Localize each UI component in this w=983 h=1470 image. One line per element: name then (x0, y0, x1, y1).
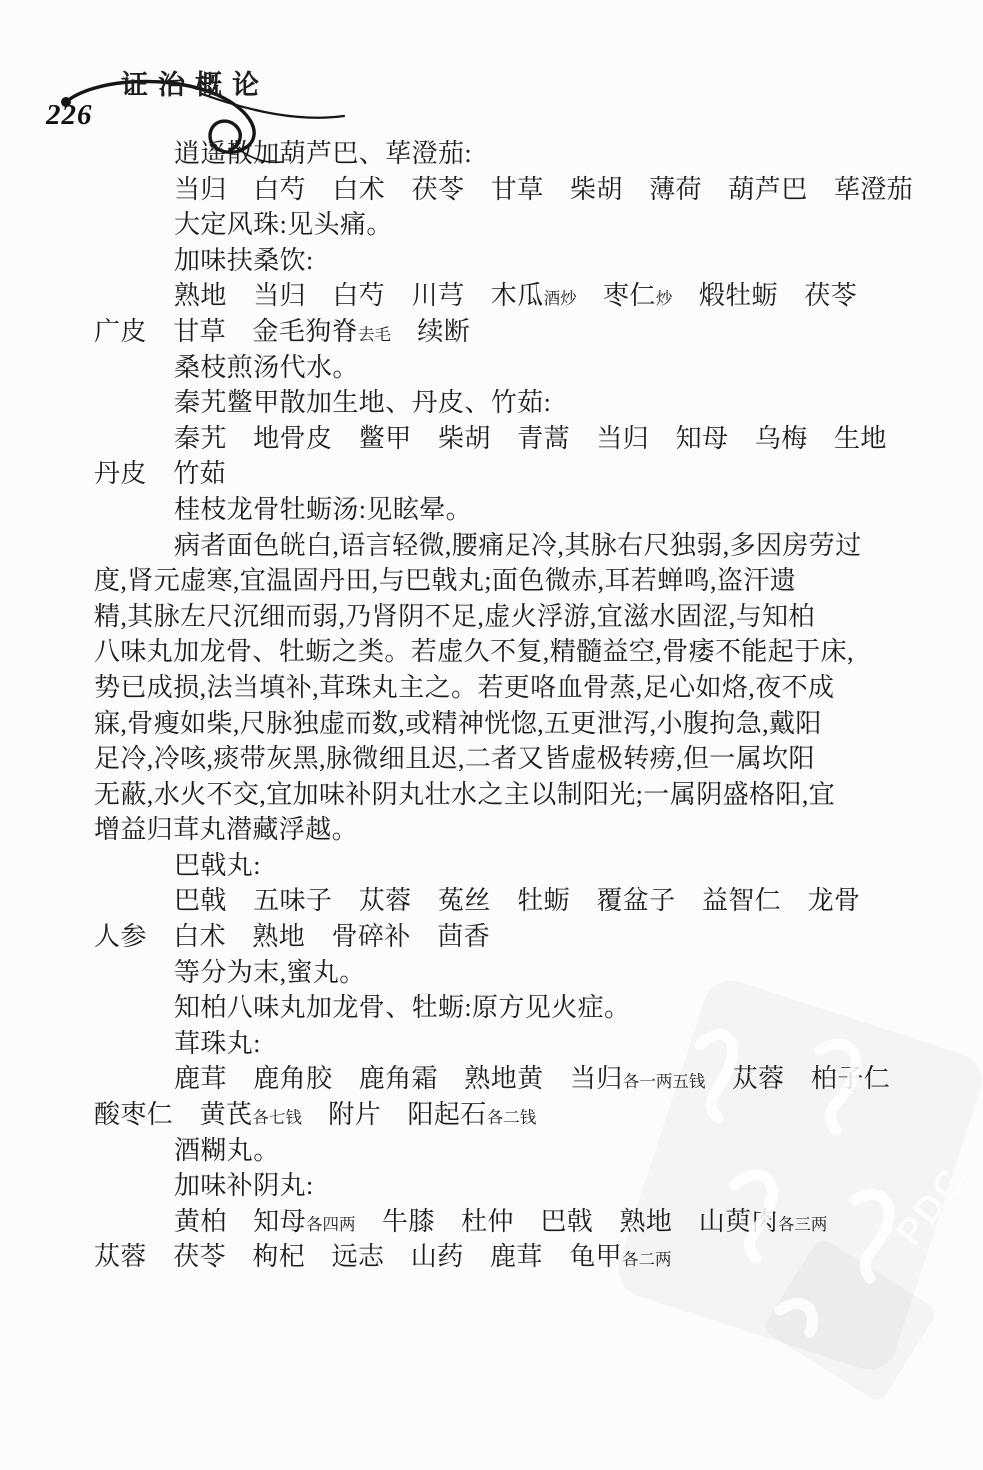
text-segment: 苁蓉 茯苓 枸杞 远志 山药 鹿茸 龟甲 (94, 1242, 622, 1271)
text-segment: 知柏八味丸加龙骨、牡蛎:原方见火症。 (174, 993, 630, 1022)
text-segment: 熟地 当归 白芍 川芎 木瓜 (174, 281, 544, 310)
text-segment: 广皮 甘草 金毛狗脊 (94, 317, 358, 346)
text-line: 鹿茸 鹿角胶 鹿角霜 熟地黄 当归各一两五钱 苁蓉 柏子仁 (94, 1061, 934, 1097)
text-line: 苁蓉 茯苓 枸杞 远志 山药 鹿茸 龟甲各二两 (94, 1239, 934, 1275)
page-number: 226 (46, 99, 93, 132)
text-line: 加味扶桑饮: (94, 243, 934, 279)
text-segment: 势已成损,法当填补,茸珠丸主之。若更咯血骨蒸,足心如烙,夜不成 (94, 673, 834, 702)
text-segment: 病者面色㿠白,语言轻微,腰痛足冷,其脉右尺独弱,多因房劳过 (174, 531, 862, 560)
text-line: 势已成损,法当填补,茸珠丸主之。若更咯血骨蒸,足心如烙,夜不成 (94, 670, 934, 706)
text-segment: 逍遥散加葫芦巴、荜澄茄: (174, 139, 472, 168)
text-line: 秦艽 地骨皮 鳖甲 柴胡 青蒿 当归 知母 乌梅 生地 (94, 421, 934, 457)
text-line: 桂枝龙骨牡蛎汤:见眩晕。 (94, 492, 934, 528)
text-segment: 酒糊丸。 (174, 1136, 280, 1165)
text-line: 黄柏 知母各四两 牛膝 杜仲 巴戟 熟地 山萸肉各三两 (94, 1204, 934, 1240)
text-line: 酒糊丸。 (94, 1133, 934, 1169)
text-segment: 附片 阳起石 (302, 1100, 487, 1129)
text-segment: 酸枣仁 黄芪 (94, 1100, 252, 1129)
text-segment: 足冷,冷咳,痰带灰黑,脉微细且迟,二者又皆虚极转痨,但一属坎阳 (94, 744, 815, 773)
text-line: 熟地 当归 白芍 川芎 木瓜酒炒 枣仁炒 煅牡蛎 茯苓 (94, 278, 934, 314)
dosage-annotation: 去毛 (358, 325, 391, 344)
text-line: 增益归茸丸潜藏浮越。 (94, 812, 934, 848)
page-text-body: 逍遥散加葫芦巴、荜澄茄:当归 白芍 白术 茯苓 甘草 柴胡 薄荷 葫芦巴 荜澄茄… (94, 136, 934, 1275)
text-segment: 牛膝 杜仲 巴戟 熟地 山萸肉 (356, 1207, 778, 1236)
text-segment: 当归 白芍 白术 茯苓 甘草 柴胡 薄荷 葫芦巴 荜澄茄 (174, 175, 913, 204)
text-line: 桑枝煎汤代水。 (94, 350, 934, 386)
text-line: 酸枣仁 黄芪各七钱 附片 阳起石各二钱 (94, 1097, 934, 1133)
text-segment: 增益归茸丸潜藏浮越。 (94, 815, 358, 844)
text-segment: 秦艽 地骨皮 鳖甲 柴胡 青蒿 当归 知母 乌梅 生地 (174, 424, 887, 453)
text-line: 巴戟丸: (94, 848, 934, 884)
text-line: 度,肾元虚寒,宜温固丹田,与巴戟丸;面色微赤,耳若蝉鸣,盗汗遗 (94, 563, 934, 599)
text-line: 秦艽鳖甲散加生地、丹皮、竹茹: (94, 385, 934, 421)
text-segment: 桂枝龙骨牡蛎汤:见眩晕。 (174, 495, 472, 524)
text-segment: 人参 白术 熟地 骨碎补 茴香 (94, 922, 490, 951)
text-segment: 巴戟 五味子 苁蓉 菟丝 牡蛎 覆盆子 益智仁 龙骨 (174, 886, 860, 915)
dosage-annotation: 各七钱 (252, 1108, 302, 1127)
text-line: 精,其脉左尺沉细而弱,乃肾阴不足,虚火浮游,宜滋水固涩,与知柏 (94, 599, 934, 635)
text-segment: 续断 (391, 317, 470, 346)
text-line: 人参 白术 熟地 骨碎补 茴香 (94, 919, 934, 955)
dosage-annotation: 炒 (656, 289, 673, 308)
text-segment: 大定风珠:见头痛。 (174, 210, 393, 239)
text-segment: 精,其脉左尺沉细而弱,乃肾阴不足,虚火浮游,宜滋水固涩,与知柏 (94, 602, 815, 631)
text-line: 足冷,冷咳,痰带灰黑,脉微细且迟,二者又皆虚极转痨,但一属坎阳 (94, 741, 934, 777)
dosage-annotation: 各二钱 (487, 1108, 537, 1127)
text-line: 大定风珠:见头痛。 (94, 207, 934, 243)
text-segment: 苁蓉 柏子仁 (705, 1064, 890, 1093)
text-line: 病者面色㿠白,语言轻微,腰痛足冷,其脉右尺独弱,多因房劳过 (94, 528, 934, 564)
scanned-book-page: 证治概论 226 逍遥散加葫芦巴、荜澄茄:当归 白芍 白术 茯苓 甘草 柴胡 薄… (0, 0, 983, 1470)
text-segment: 加味补阴丸: (174, 1171, 314, 1200)
text-line: 无蔽,水火不交,宜加味补阴丸壮水之主以制阳光;一属阴盛格阳,宜 (94, 777, 934, 813)
text-line: 知柏八味丸加龙骨、牡蛎:原方见火症。 (94, 990, 934, 1026)
text-segment: 枣仁 (577, 281, 656, 310)
text-segment: 秦艽鳖甲散加生地、丹皮、竹茹: (174, 388, 551, 417)
text-segment: 无蔽,水火不交,宜加味补阴丸壮水之主以制阳光;一属阴盛格阳,宜 (94, 780, 835, 809)
text-line: 巴戟 五味子 苁蓉 菟丝 牡蛎 覆盆子 益智仁 龙骨 (94, 883, 934, 919)
text-line: 八味丸加龙骨、牡蛎之类。若虚久不复,精髓益空,骨痿不能起于床, (94, 634, 934, 670)
text-segment: 黄柏 知母 (174, 1207, 306, 1236)
text-segment: 寐,骨瘦如柴,尺脉独虚而数,或精神恍惚,五更泄泻,小腹拘急,戴阳 (94, 709, 822, 738)
text-line: 广皮 甘草 金毛狗脊去毛 续断 (94, 314, 934, 350)
dosage-annotation: 酒炒 (544, 289, 577, 308)
text-segment: 桑枝煎汤代水。 (174, 353, 359, 382)
text-segment: 等分为末,蜜丸。 (174, 958, 366, 987)
text-line: 逍遥散加葫芦巴、荜澄茄: (94, 136, 934, 172)
dosage-annotation: 各二两 (622, 1250, 672, 1269)
text-segment: 茸珠丸: (174, 1029, 261, 1058)
text-line: 等分为末,蜜丸。 (94, 955, 934, 991)
text-segment: 八味丸加龙骨、牡蛎之类。若虚久不复,精髓益空,骨痿不能起于床, (94, 637, 854, 666)
text-segment: 巴戟丸: (174, 851, 261, 880)
text-segment: 鹿茸 鹿角胶 鹿角霜 熟地黄 当归 (174, 1064, 623, 1093)
text-line: 茸珠丸: (94, 1026, 934, 1062)
text-line: 当归 白芍 白术 茯苓 甘草 柴胡 薄荷 葫芦巴 荜澄茄 (94, 172, 934, 208)
text-segment: 煅牡蛎 茯苓 (672, 281, 857, 310)
text-segment: 加味扶桑饮: (174, 246, 314, 275)
book-title: 证治概论 (121, 63, 269, 102)
text-segment: 度,肾元虚寒,宜温固丹田,与巴戟丸;面色微赤,耳若蝉鸣,盗汗遗 (94, 566, 796, 595)
dosage-annotation: 各三两 (778, 1215, 828, 1234)
dosage-annotation: 各四两 (306, 1215, 356, 1234)
text-line: 丹皮 竹茹 (94, 456, 934, 492)
text-line: 加味补阴丸: (94, 1168, 934, 1204)
text-segment: 丹皮 竹茹 (94, 459, 226, 488)
dosage-annotation: 各一两五钱 (623, 1072, 706, 1091)
text-line: 寐,骨瘦如柴,尺脉独虚而数,或精神恍惚,五更泄泻,小腹拘急,戴阳 (94, 706, 934, 742)
